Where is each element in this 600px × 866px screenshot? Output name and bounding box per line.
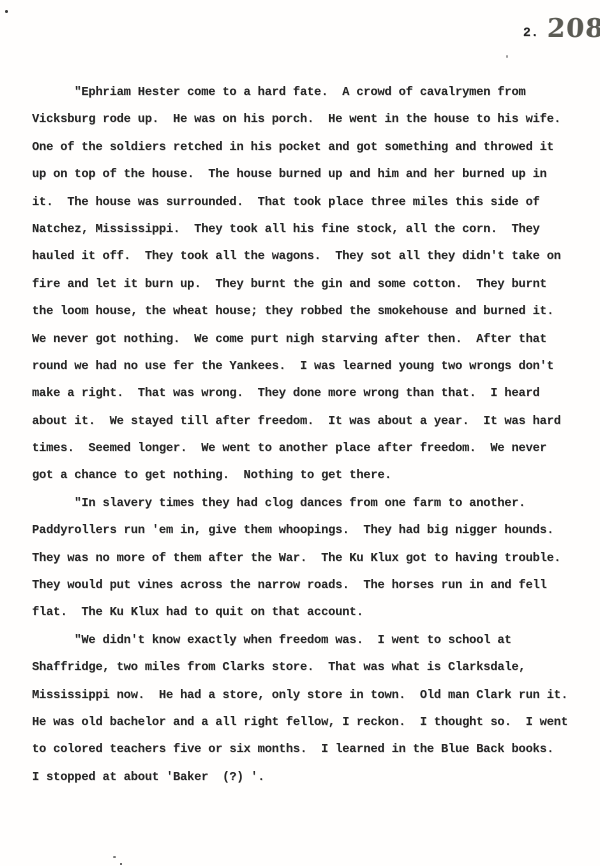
document-line: about it. We stayed till after freedom. … — [32, 408, 582, 435]
document-line: Natchez, Mississippi. They took all his … — [32, 216, 582, 243]
ink-speck — [120, 863, 122, 865]
document-line: Mississippi now. He had a store, only st… — [32, 682, 582, 709]
document-line: I stopped at about 'Baker (?) '. — [32, 764, 582, 791]
document-line: fire and let it burn up. They burnt the … — [32, 271, 582, 298]
document-line: round we had no use fer the Yankees. I w… — [32, 353, 582, 380]
document-line: "In slavery times they had clog dances f… — [32, 490, 582, 517]
document-body: "Ephriam Hester come to a hard fate. A c… — [32, 79, 582, 791]
ink-speck — [5, 10, 8, 13]
page-number: 2. — [523, 26, 539, 40]
document-line: We never got nothing. We come purt nigh … — [32, 326, 582, 353]
document-line: Shaffridge, two miles from Clarks store.… — [32, 654, 582, 681]
document-line: "We didn't know exactly when freedom was… — [32, 627, 582, 654]
document-line: flat. The Ku Klux had to quit on that ac… — [32, 599, 582, 626]
document-line: Paddyrollers run 'em in, give them whoop… — [32, 517, 582, 544]
document-line: to colored teachers five or six months. … — [32, 736, 582, 763]
document-line: Vicksburg rode up. He was on his porch. … — [32, 106, 582, 133]
document-line: times. Seemed longer. We went to another… — [32, 435, 582, 462]
document-line: hauled it off. They took all the wagons.… — [32, 243, 582, 270]
document-line: up on top of the house. The house burned… — [32, 161, 582, 188]
document-line: it. The house was surrounded. That took … — [32, 189, 582, 216]
document-line: They would put vines across the narrow r… — [32, 572, 582, 599]
ink-speck — [113, 856, 116, 858]
document-line: He was old bachelor and a all right fell… — [32, 709, 582, 736]
document-page: 2. 208 "Ephriam Hester come to a hard fa… — [0, 0, 600, 866]
ink-speck — [506, 55, 508, 58]
document-line: make a right. That was wrong. They done … — [32, 380, 582, 407]
document-line: got a chance to get nothing. Nothing to … — [32, 462, 582, 489]
document-line: "Ephriam Hester come to a hard fate. A c… — [32, 79, 582, 106]
stamp-number: 208 — [547, 15, 600, 43]
document-line: the loom house, the wheat house; they ro… — [32, 298, 582, 325]
document-line: They was no more of them after the War. … — [32, 545, 582, 572]
document-line: One of the soldiers retched in his pocke… — [32, 134, 582, 161]
